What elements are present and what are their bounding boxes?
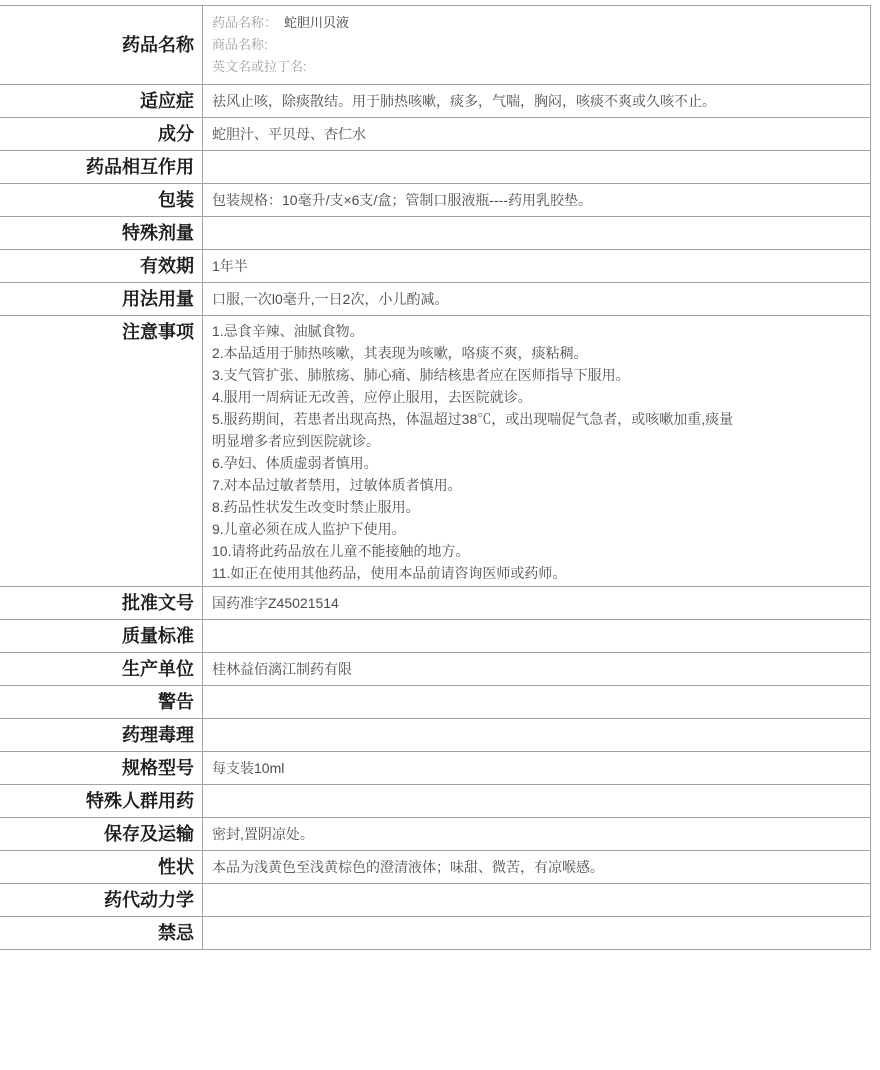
notice-item: 5.服药期间，若患者出现高热，体温超过38℃，或出现喘促气急者，或咳嗽加重,痰量…	[212, 408, 856, 452]
row-content	[203, 785, 870, 817]
row-text: 本品为浅黄色至浅黄棕色的澄清液体；味甜、微苦，有凉喉感。	[212, 856, 604, 878]
row-label: 有效期	[0, 250, 203, 282]
field-value: 蛇胆川贝液	[284, 15, 349, 30]
table-row: 警告	[0, 686, 870, 719]
row-label: 警告	[0, 686, 203, 718]
row-label: 质量标准	[0, 620, 203, 652]
table-row: 用法用量口服,一次l0毫升,一日2次，小儿酌减。	[0, 283, 870, 316]
field-key: 商品名称:	[212, 37, 268, 52]
notice-item: 11.如正在使用其他药品，使用本品前请咨询医师或药师。	[212, 562, 856, 584]
row-label: 药品相互作用	[0, 151, 203, 183]
row-label: 生产单位	[0, 653, 203, 685]
table-row: 规格型号每支装10ml	[0, 752, 870, 785]
row-label: 包装	[0, 184, 203, 216]
row-content: 祛风止咳，除痰散结。用于肺热咳嗽，痰多，气喘，胸闷，咳痰不爽或久咳不止。	[203, 85, 870, 117]
notice-item: 7.对本品过敏者禁用，过敏体质者慎用。	[212, 474, 856, 496]
field-key: 英文名或拉丁名:	[212, 59, 307, 74]
row-text: 桂林益佰漓江制药有限	[212, 658, 352, 680]
table-row: 药理毒理	[0, 719, 870, 752]
row-label: 药代动力学	[0, 884, 203, 916]
notice-item: 9.儿童必须在成人监护下使用。	[212, 518, 856, 540]
row-label: 用法用量	[0, 283, 203, 315]
row-text: 口服,一次l0毫升,一日2次，小儿酌减。	[212, 288, 448, 310]
row-text: 包装规格：10毫升/支×6支/盒；管制口服液瓶----药用乳胶垫。	[212, 189, 592, 211]
table-row: 成分蛇胆汁、平贝母、杏仁水	[0, 118, 870, 151]
row-text: 蛇胆汁、平贝母、杏仁水	[212, 123, 366, 145]
field-line: 药品名称：蛇胆川贝液	[212, 12, 856, 34]
notice-item: 10.请将此药品放在儿童不能接触的地方。	[212, 540, 856, 562]
row-label: 药品名称	[0, 6, 203, 84]
notice-item: 6.孕妇、体质虚弱者慎用。	[212, 452, 856, 474]
row-label: 规格型号	[0, 752, 203, 784]
notice-item: 4.服用一周病证无改善，应停止服用，去医院就诊。	[212, 386, 856, 408]
row-content: 1.忌食辛辣、油腻食物。2.本品适用于肺热咳嗽，其表现为咳嗽，咯痰不爽，痰粘稠。…	[203, 316, 870, 586]
row-text: 密封,置阴凉处。	[212, 823, 314, 845]
table-row: 有效期1年半	[0, 250, 870, 283]
row-content: 口服,一次l0毫升,一日2次，小儿酌减。	[203, 283, 870, 315]
field-key: 药品名称：	[212, 15, 277, 30]
table-row: 质量标准	[0, 620, 870, 653]
row-label: 保存及运输	[0, 818, 203, 850]
drug-info-table: 药品名称药品名称：蛇胆川贝液商品名称:英文名或拉丁名:适应症祛风止咳，除痰散结。…	[0, 5, 871, 950]
row-label: 药理毒理	[0, 719, 203, 751]
row-content: 蛇胆汁、平贝母、杏仁水	[203, 118, 870, 150]
table-row: 药品名称药品名称：蛇胆川贝液商品名称:英文名或拉丁名:	[0, 6, 870, 85]
row-content: 本品为浅黄色至浅黄棕色的澄清液体；味甜、微苦，有凉喉感。	[203, 851, 870, 883]
row-content	[203, 719, 870, 751]
row-text: 国药准字Z45021514	[212, 592, 339, 614]
table-row: 禁忌	[0, 917, 870, 950]
field-line: 商品名称:	[212, 34, 856, 56]
notice-item: 8.药品性状发生改变时禁止服用。	[212, 496, 856, 518]
row-content: 每支装10ml	[203, 752, 870, 784]
row-content	[203, 217, 870, 249]
row-label: 批准文号	[0, 587, 203, 619]
table-row: 药代动力学	[0, 884, 870, 917]
table-row: 保存及运输密封,置阴凉处。	[0, 818, 870, 851]
table-row: 生产单位桂林益佰漓江制药有限	[0, 653, 870, 686]
table-row: 注意事项1.忌食辛辣、油腻食物。2.本品适用于肺热咳嗽，其表现为咳嗽，咯痰不爽，…	[0, 316, 870, 587]
row-content	[203, 917, 870, 949]
notice-item: 2.本品适用于肺热咳嗽，其表现为咳嗽，咯痰不爽，痰粘稠。	[212, 342, 856, 364]
row-label: 性状	[0, 851, 203, 883]
row-label: 成分	[0, 118, 203, 150]
table-row: 特殊人群用药	[0, 785, 870, 818]
notice-item: 1.忌食辛辣、油腻食物。	[212, 320, 856, 342]
row-label: 特殊剂量	[0, 217, 203, 249]
row-text: 每支装10ml	[212, 757, 284, 779]
row-content: 药品名称：蛇胆川贝液商品名称:英文名或拉丁名:	[203, 6, 870, 84]
table-row: 包装包装规格：10毫升/支×6支/盒；管制口服液瓶----药用乳胶垫。	[0, 184, 870, 217]
table-row: 批准文号国药准字Z45021514	[0, 587, 870, 620]
table-row: 适应症祛风止咳，除痰散结。用于肺热咳嗽，痰多，气喘，胸闷，咳痰不爽或久咳不止。	[0, 85, 870, 118]
row-content: 1年半	[203, 250, 870, 282]
row-label: 禁忌	[0, 917, 203, 949]
row-content: 桂林益佰漓江制药有限	[203, 653, 870, 685]
row-label: 特殊人群用药	[0, 785, 203, 817]
row-text: 祛风止咳，除痰散结。用于肺热咳嗽，痰多，气喘，胸闷，咳痰不爽或久咳不止。	[212, 90, 716, 112]
row-content: 包装规格：10毫升/支×6支/盒；管制口服液瓶----药用乳胶垫。	[203, 184, 870, 216]
row-content	[203, 620, 870, 652]
row-content: 密封,置阴凉处。	[203, 818, 870, 850]
table-row: 药品相互作用	[0, 151, 870, 184]
notice-item: 3.支气管扩张、肺脓疡、肺心痛、肺结核患者应在医师指导下服用。	[212, 364, 856, 386]
field-line: 英文名或拉丁名:	[212, 56, 856, 78]
row-label: 注意事项	[0, 316, 203, 586]
row-content	[203, 151, 870, 183]
table-row: 性状本品为浅黄色至浅黄棕色的澄清液体；味甜、微苦，有凉喉感。	[0, 851, 870, 884]
row-label: 适应症	[0, 85, 203, 117]
row-text: 1年半	[212, 255, 248, 277]
row-content	[203, 884, 870, 916]
row-content	[203, 686, 870, 718]
row-content: 国药准字Z45021514	[203, 587, 870, 619]
table-row: 特殊剂量	[0, 217, 870, 250]
